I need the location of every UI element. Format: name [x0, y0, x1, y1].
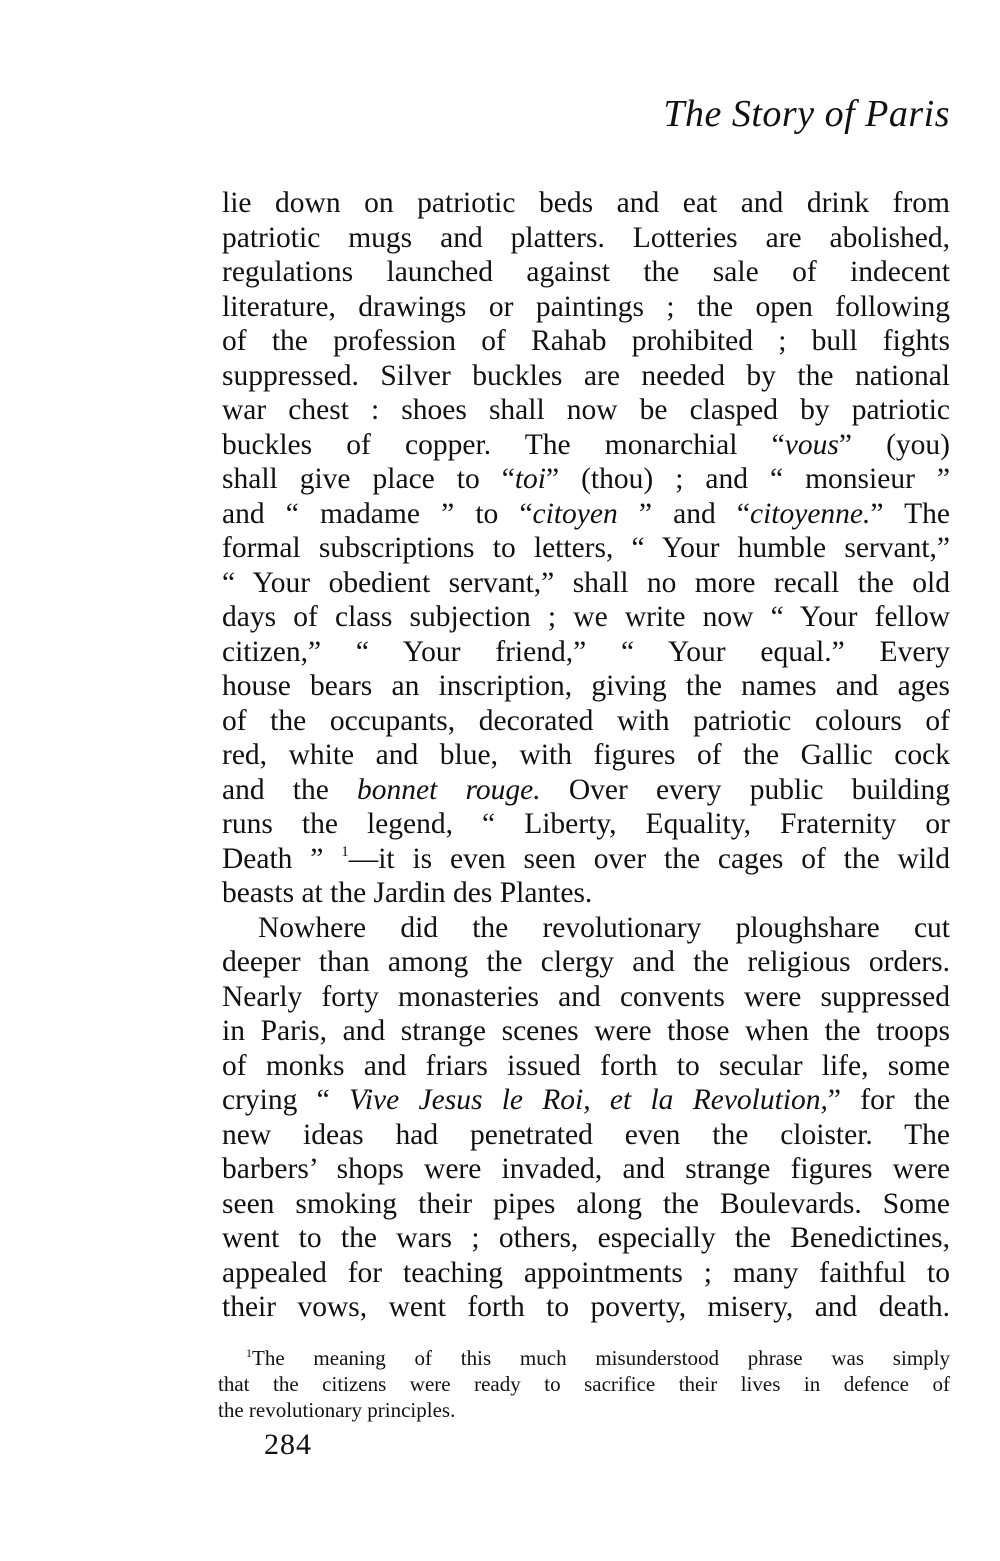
- text-line: lie down on patriotic beds and eat and d…: [222, 186, 950, 221]
- text-line: appealed for teaching appointments ; man…: [222, 1256, 950, 1291]
- text-line: in Paris, and strange scenes were those …: [222, 1014, 950, 1049]
- text-line: went to the wars ; others, especially th…: [222, 1221, 950, 1256]
- text-run: and the: [222, 774, 357, 806]
- text-run: shall give place to “: [222, 463, 515, 495]
- text-run: The meaning of this much misunderstood p…: [252, 1346, 950, 1370]
- text-run: ” (you): [839, 429, 950, 461]
- text-line: Death ” 1—it is even seen over the cages…: [222, 842, 950, 877]
- text-line: Nearly forty monasteries and convents we…: [222, 980, 950, 1015]
- text-line: war chest : shoes shall now be clasped b…: [222, 393, 950, 428]
- text-line: new ideas had penetrated even the cloist…: [222, 1118, 950, 1153]
- text-line: buckles of copper. The monarchial “vous”…: [222, 428, 950, 463]
- text-line: and the bonnet rouge. Over every public …: [222, 773, 950, 808]
- italic-term: citoyen: [533, 498, 618, 530]
- text-run: and “ madame ” to “: [222, 498, 533, 530]
- text-line: citizen,” “ Your friend,” “ Your equal.”…: [222, 635, 950, 670]
- italic-term: bonnet rouge.: [357, 774, 541, 806]
- text-line: deeper than among the clergy and the rel…: [222, 945, 950, 980]
- italic-term: vous: [785, 429, 839, 461]
- text-line: red, white and blue, with figures of the…: [222, 738, 950, 773]
- text-line: seen smoking their pipes along the Boule…: [222, 1187, 950, 1222]
- text-line: Nowhere did the revolutionary ploughshar…: [222, 911, 950, 946]
- text-run: ” and “: [618, 498, 750, 530]
- text-run: ” (thou) ; and “ monsieur ”: [546, 463, 950, 495]
- text-line: of the occupants, decorated with patriot…: [222, 704, 950, 739]
- text-line: beasts at the Jardin des Plantes.: [222, 876, 950, 911]
- page-number: 284: [264, 1428, 312, 1462]
- text-line: house bears an inscription, giving the n…: [222, 669, 950, 704]
- paragraph-2: Nowhere did the revolutionary ploughshar…: [222, 911, 950, 1325]
- text-run: ” The: [870, 498, 950, 530]
- text-line: literature, drawings or paintings ; the …: [222, 290, 950, 325]
- italic-quote: Vive Jesus le Roi, et la Revolution,: [349, 1084, 828, 1116]
- text-run: buckles of copper. The monarchial “: [222, 429, 785, 461]
- text-line: crying “ Vive Jesus le Roi, et la Revolu…: [222, 1083, 950, 1118]
- text-line: shall give place to “toi” (thou) ; and “…: [222, 462, 950, 497]
- text-line: runs the legend, “ Liberty, Equality, Fr…: [222, 807, 950, 842]
- text-run: Death ”: [222, 843, 341, 875]
- text-line: barbers’ shops were invaded, and strange…: [222, 1152, 950, 1187]
- footnote: 1The meaning of this much misunderstood …: [218, 1345, 950, 1423]
- text-run: crying “: [222, 1084, 349, 1116]
- footnote-reference[interactable]: 1: [341, 844, 349, 860]
- italic-term: citoyenne.: [750, 498, 870, 530]
- body-text: lie down on patriotic beds and eat and d…: [222, 186, 950, 1325]
- running-head: The Story of Paris: [663, 92, 950, 136]
- paragraph-1: lie down on patriotic beds and eat and d…: [222, 186, 950, 911]
- footnote-line: that the citizens were ready to sacrific…: [218, 1371, 950, 1397]
- footnote-line: the revolutionary principles.: [218, 1397, 950, 1423]
- text-line: of monks and friars issued forth to secu…: [222, 1049, 950, 1084]
- footnote-line: 1The meaning of this much misunderstood …: [218, 1345, 950, 1371]
- text-run: ” for the: [828, 1084, 950, 1116]
- text-line: patriotic mugs and platters. Lotteries a…: [222, 221, 950, 256]
- text-line: their vows, went forth to poverty, miser…: [222, 1290, 950, 1325]
- italic-term: toi: [515, 463, 546, 495]
- text-run: Over every public building: [541, 774, 950, 806]
- text-line: formal subscriptions to letters, “ Your …: [222, 531, 950, 566]
- text-line: suppressed. Silver buckles are needed by…: [222, 359, 950, 394]
- text-line: regulations launched against the sale of…: [222, 255, 950, 290]
- text-line: days of class subjection ; we write now …: [222, 600, 950, 635]
- text-run: —it is even seen over the cages of the w…: [349, 843, 950, 875]
- text-line: of the profession of Rahab prohibited ; …: [222, 324, 950, 359]
- text-line: and “ madame ” to “citoyen ” and “citoye…: [222, 497, 950, 532]
- text-line: “ Your obedient servant,” shall no more …: [222, 566, 950, 601]
